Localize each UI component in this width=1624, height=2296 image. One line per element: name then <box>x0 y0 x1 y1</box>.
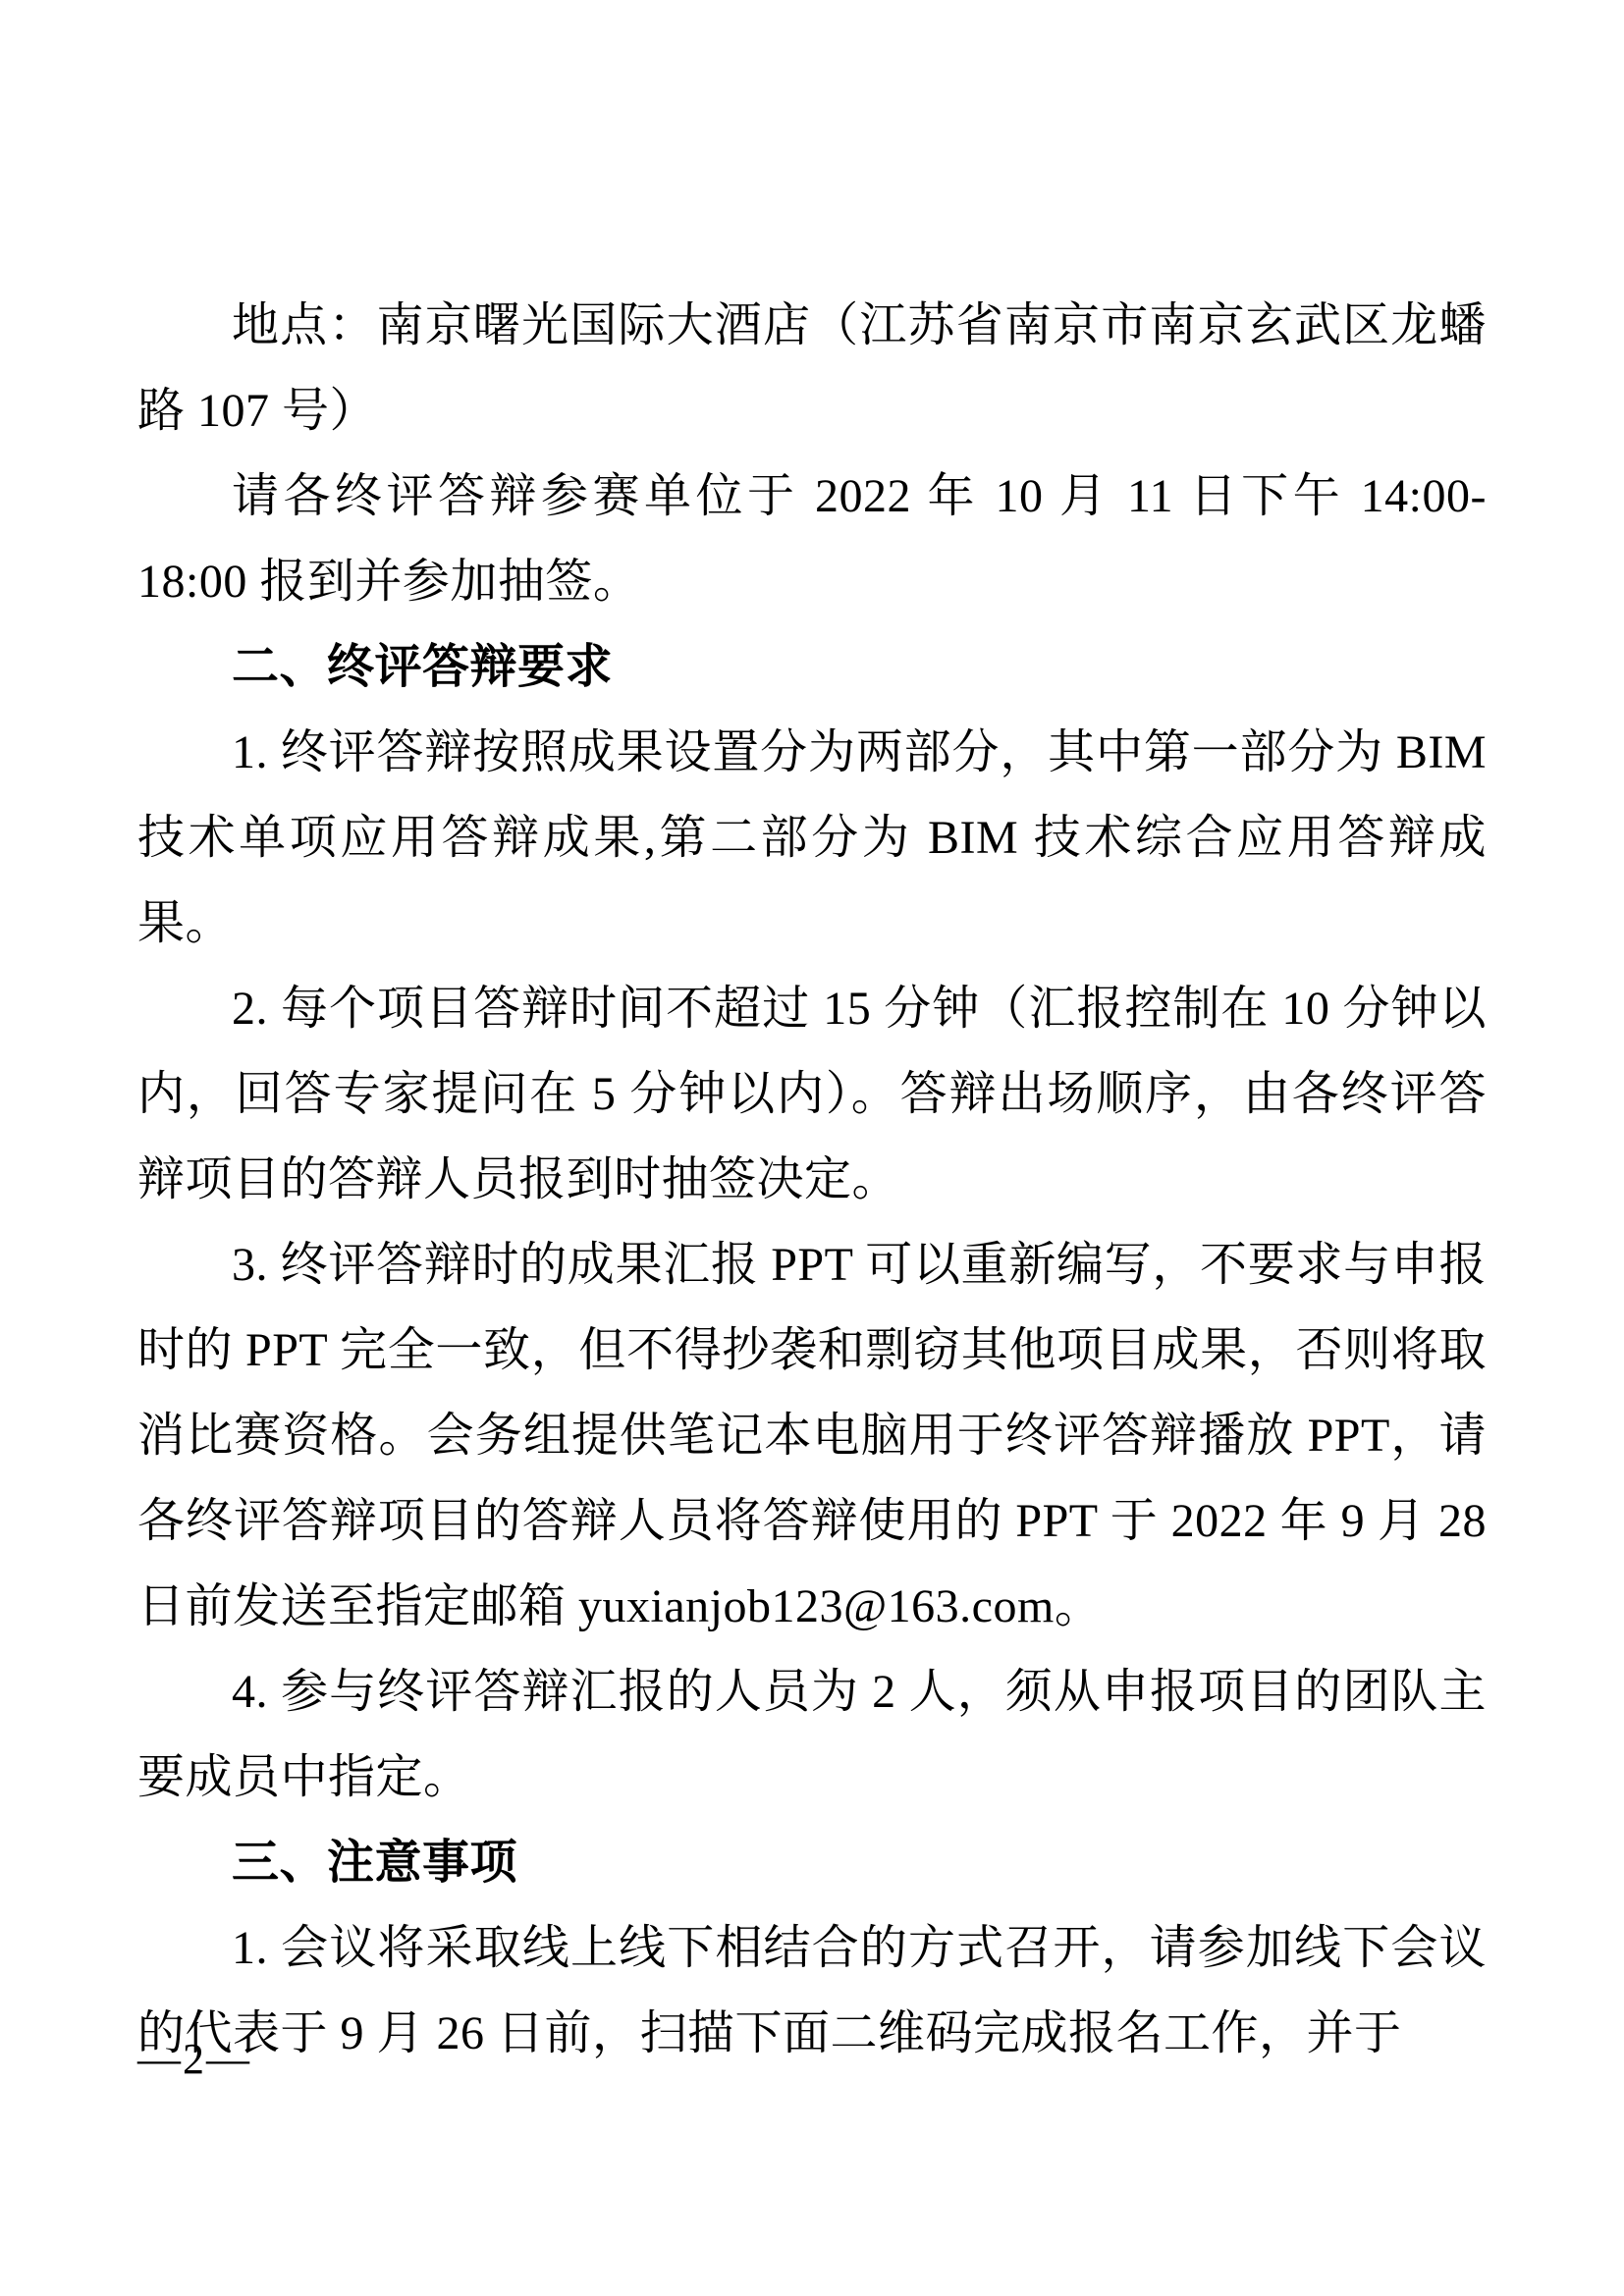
document-page: 地点：南京曙光国际大酒店（江苏省南京市南京玄武区龙蟠路 107 号） 请各终评答… <box>0 0 1624 2296</box>
page-number: —2— <box>137 2034 251 2084</box>
paragraph-checkin-time: 请各终评答辩参赛单位于 2022 年 10 月 11 日下午 14:00-18:… <box>137 454 1487 624</box>
section-heading-defense-requirements: 二、终评答辩要求 <box>137 624 1487 710</box>
list-item-3-ppt-rules: 3. 终评答辩时的成果汇报 PPT 可以重新编写，不要求与申报时的 PPT 完全… <box>137 1222 1487 1649</box>
section-heading-notes: 三、注意事项 <box>137 1820 1487 1905</box>
note-item-1-meeting-format: 1. 会议将采取线上线下相结合的方式召开，请参加线下会议的代表于 9 月 26 … <box>137 1905 1487 2076</box>
list-item-2-time-limit: 2. 每个项目答辩时间不超过 15 分钟（汇报控制在 10 分钟以内，回答专家提… <box>137 966 1487 1222</box>
paragraph-location: 地点：南京曙光国际大酒店（江苏省南京市南京玄武区龙蟠路 107 号） <box>137 283 1487 454</box>
list-item-1-defense-parts: 1. 终评答辩按照成果设置分为两部分，其中第一部分为 BIM 技术单项应用答辩成… <box>137 710 1487 966</box>
document-body: 地点：南京曙光国际大酒店（江苏省南京市南京玄武区龙蟠路 107 号） 请各终评答… <box>0 0 1624 2076</box>
list-item-4-presenters: 4. 参与终评答辩汇报的人员为 2 人，须从申报项目的团队主要成员中指定。 <box>137 1649 1487 1820</box>
